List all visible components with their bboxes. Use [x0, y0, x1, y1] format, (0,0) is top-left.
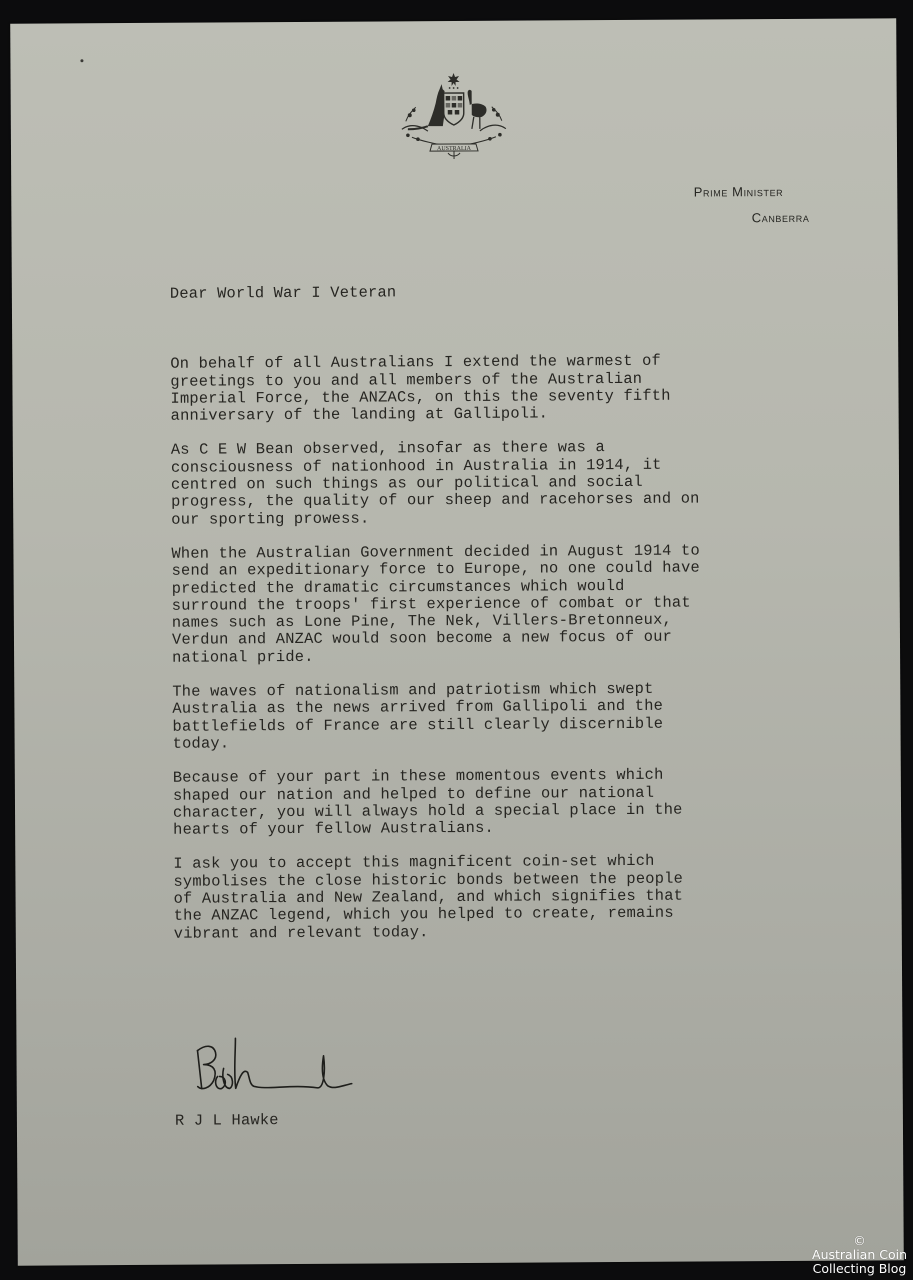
paper-speck [80, 59, 83, 62]
letterhead-office: Prime Minister [694, 179, 784, 206]
watermark-line-2: Collecting Blog [812, 1262, 907, 1276]
letterhead-city: Canberra [694, 205, 810, 232]
paragraph: I ask you to accept this magnificent coi… [173, 852, 824, 942]
copyright-watermark: © Australian Coin Collecting Blog [812, 1234, 907, 1276]
letterhead: Prime Minister Canberra [694, 179, 810, 232]
watermark-line-1: Australian Coin [812, 1248, 907, 1262]
paragraph: As C E W Bean observed, insofar as there… [171, 438, 822, 528]
paragraph: On behalf of all Australians I extend th… [170, 352, 820, 425]
handwritten-signature [191, 1031, 391, 1102]
salutation: Dear World War I Veteran [170, 282, 820, 303]
letter-page: AUSTRALIA Prime Minister Canberra Dear W… [10, 18, 904, 1265]
paragraph: The waves of nationalism and patriotism … [172, 680, 822, 753]
copyright-icon: © [812, 1234, 907, 1248]
australian-coat-of-arms-icon: AUSTRALIA [398, 71, 511, 162]
letter-body: Dear World War I Veteran On behalf of al… [170, 282, 824, 960]
paragraph: Because of your part in these momentous … [173, 766, 823, 839]
paragraph: When the Australian Government decided i… [171, 542, 822, 667]
signatory-name: R J L Hawke [175, 1111, 279, 1130]
